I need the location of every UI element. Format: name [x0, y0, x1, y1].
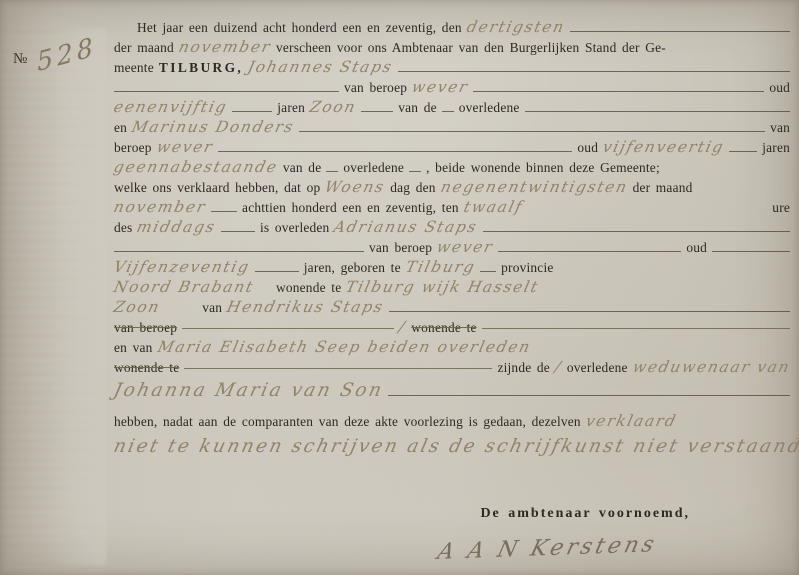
printed-form-text: ure	[772, 200, 790, 216]
reverse-side-showthrough	[0, 28, 106, 565]
handwritten-entry: Hendrikus Staps	[225, 298, 386, 316]
blank-fill-line	[361, 99, 393, 112]
handwritten-entry: wever	[155, 138, 215, 156]
handwritten-entry-large: Johanna Maria van Son	[112, 380, 386, 401]
handwritten-entry: dertigsten	[465, 18, 567, 36]
struck-printed-text: wonende te	[114, 360, 179, 376]
printed-form-text: dag den	[390, 180, 435, 196]
spacer	[114, 554, 433, 555]
printed-form-text: achttien honderd een en zeventig, ten	[242, 200, 459, 216]
spacer	[695, 516, 790, 517]
form-line-15: ZoonvanHendrikus Staps	[114, 298, 790, 318]
spacer	[114, 516, 475, 517]
handwritten-entry: Maria Elisabeth Seep beiden overleden	[155, 338, 532, 356]
blank-fill-line	[388, 383, 790, 396]
handwritten-entry: Vijfenzeventig	[112, 258, 252, 276]
printed-form-text: overledene	[459, 100, 520, 116]
printed-form-text: van	[202, 300, 222, 316]
form-line-8: geennabestaandevan deoverledene, beide w…	[114, 158, 790, 178]
strike-continuation-line	[482, 320, 790, 332]
handwritten-entry: Johannes Staps	[246, 58, 395, 76]
handwritten-entry: Marinus Donders	[130, 118, 296, 136]
handwritten-entry: Tilburg wijk Hasselt	[344, 278, 541, 296]
spacer	[544, 291, 790, 292]
blank-fill-line	[114, 79, 339, 92]
form-line-18: wonende tezijnde de/overledeneweduwenaar…	[114, 358, 790, 378]
form-line-12: van beroepweveroud	[114, 238, 790, 258]
printed-form-text: overledene	[567, 360, 628, 376]
handwritten-entry: eenenvijftig	[112, 98, 229, 116]
printed-form-text: van de	[398, 100, 437, 116]
blank-fill-line	[232, 99, 272, 112]
form-line-13: Vijfenzeventigjaren, geboren teTilburgpr…	[114, 258, 790, 278]
printed-form-text: verscheen voor ons Ambtenaar van den Bur…	[276, 40, 666, 56]
printed-form-text: van	[770, 120, 790, 136]
handwritten-entry: Adrianus Staps	[332, 218, 479, 236]
handwritten-entry-large: niet te kunnen schrijven als de schrijfk…	[112, 436, 799, 457]
printed-form-text: zijnde de	[497, 360, 550, 376]
officer-signature: A A N Kerstens	[435, 532, 660, 565]
form-line-17: en vanMaria Elisabeth Seep beiden overle…	[114, 338, 790, 358]
printed-form-text: en	[114, 120, 127, 136]
struck-printed-text: wonende te	[411, 320, 476, 336]
blank-fill-line	[525, 99, 791, 112]
handwritten-entry: wever	[410, 78, 470, 96]
printed-form-text: van beroep	[369, 240, 432, 256]
blank-fill-line	[221, 219, 255, 232]
form-line-4: van beroepweveroud	[114, 78, 790, 98]
spacer	[259, 291, 271, 292]
printed-form-text: , beide wonende binnen deze Gemeente;	[426, 160, 660, 176]
handwritten-entry: Noord Brabant	[112, 278, 256, 296]
blank-fill-line	[498, 239, 681, 252]
blank-fill-line	[409, 159, 421, 172]
printed-form-text: Het jaar een duizend acht honderd een en…	[137, 20, 462, 36]
blank-fill-line	[389, 299, 790, 312]
handwritten-entry: weduwenaar van	[631, 358, 793, 376]
blank-fill-line	[211, 199, 237, 212]
handwritten-entry: november	[112, 198, 208, 216]
strike-continuation-line	[182, 320, 394, 332]
handwritten-entry: negenentwintigsten	[439, 178, 630, 196]
printed-form-text: oud	[686, 240, 707, 256]
spacer	[165, 311, 197, 312]
margin-act-number: №528	[13, 40, 98, 70]
handwritten-entry: wever	[435, 238, 495, 256]
handwritten-entry: /	[397, 318, 408, 336]
printed-form-text: overledene	[343, 160, 404, 176]
handwritten-entry: twaalf	[462, 198, 525, 216]
form-line-23: A A N Kerstens	[114, 536, 790, 556]
form-line-2: der maandnovemberverscheen voor ons Ambt…	[114, 38, 790, 58]
form-line-9: welke ons verklaard hebben, dat opWoensd…	[114, 178, 790, 198]
blank-fill-line	[712, 239, 790, 252]
handwritten-entry: middags	[135, 218, 218, 236]
printed-form-text: des	[114, 220, 132, 236]
handwritten-entry: Zoon	[308, 98, 358, 116]
printed-form-text: beroep	[114, 140, 152, 156]
handwritten-entry: Woens	[323, 178, 387, 196]
blank-fill-line	[729, 139, 757, 152]
printed-form-text: wonende te	[276, 280, 341, 296]
blank-fill-line	[473, 79, 764, 92]
form-line-20: hebben, nadat aan de comparanten van dez…	[114, 412, 790, 432]
blank-fill-line	[218, 139, 572, 152]
handwritten-entry: geennabestaande	[112, 158, 280, 176]
blank-fill-line	[114, 239, 364, 252]
printed-form-text: hebben, nadat aan de comparanten van dez…	[114, 414, 581, 430]
printed-form-text: oud	[769, 80, 790, 96]
handwritten-entry: vijfenveertig	[601, 138, 726, 156]
handwritten-entry: november	[177, 38, 273, 56]
blank-fill-line	[398, 59, 790, 72]
printed-form-text: welke ons verklaard hebben, dat op	[114, 180, 320, 196]
printed-form-text: en van	[114, 340, 153, 356]
printed-form-text: jaren	[762, 140, 790, 156]
form-line-10: novemberachttien honderd een en zeventig…	[114, 198, 790, 218]
blank-fill-line	[299, 119, 765, 132]
numero-symbol: №	[13, 51, 28, 67]
form-line-5: eenenvijftigjarenZoonvan deoverledene	[114, 98, 790, 118]
handwritten-entry: verklaard	[584, 412, 679, 430]
printed-form-text: provincie	[501, 260, 553, 276]
printed-form-text: oud	[577, 140, 598, 156]
printed-form-text: der maand	[633, 180, 693, 196]
spacer	[535, 351, 790, 352]
handwritten-entry: Tilburg	[404, 258, 478, 276]
struck-printed-text: van beroep	[114, 320, 177, 336]
printed-form-text: meente	[114, 60, 154, 76]
printed-form-text: van beroep	[344, 80, 407, 96]
printed-form-heading: TILBURG,	[159, 60, 243, 76]
form-line-19: Johanna Maria van Son	[114, 380, 790, 404]
blank-fill-line	[483, 219, 790, 232]
spacer	[662, 554, 790, 555]
printed-form-text: van de	[283, 160, 322, 176]
form-line-21: niet te kunnen schrijven als de schrijfk…	[114, 436, 790, 460]
form-line-14: Noord Brabantwonende teTilburg wijk Hass…	[114, 278, 790, 298]
form-line-22: De ambtenaar voornoemd,	[114, 506, 790, 526]
spacer	[114, 31, 132, 32]
strike-continuation-line	[184, 360, 492, 372]
blank-fill-line	[255, 259, 299, 272]
printed-form-text: der maand	[114, 40, 174, 56]
death-certificate-page: №528 Het jaar een duizend acht honderd e…	[0, 0, 799, 575]
handwritten-entry: Zoon	[112, 298, 162, 316]
printed-form-heading: De ambtenaar voornoemd,	[480, 506, 690, 522]
spacer	[528, 211, 768, 212]
printed-form-text: is overleden	[260, 220, 329, 236]
form-line-6: enMarinus Dondersvan	[114, 118, 790, 138]
form-line-1: Het jaar een duizend acht honderd een en…	[114, 18, 790, 38]
printed-form-text: jaren, geboren te	[304, 260, 401, 276]
form-line-7: beroepweveroudvijfenveertigjaren	[114, 138, 790, 158]
blank-fill-line	[570, 19, 790, 32]
form-line-16: van beroep/wonende te	[114, 318, 790, 338]
handwritten-entry: /	[553, 358, 564, 376]
blank-fill-line	[442, 99, 454, 112]
printed-form-text: jaren	[277, 100, 305, 116]
blank-fill-line	[480, 259, 496, 272]
certificate-form-body: Het jaar een duizend acht honderd een en…	[114, 18, 790, 556]
form-line-3: meenteTILBURG,Johannes Staps	[114, 58, 790, 78]
blank-fill-line	[326, 159, 338, 172]
form-line-11: desmiddagsis overledenAdrianus Staps	[114, 218, 790, 238]
